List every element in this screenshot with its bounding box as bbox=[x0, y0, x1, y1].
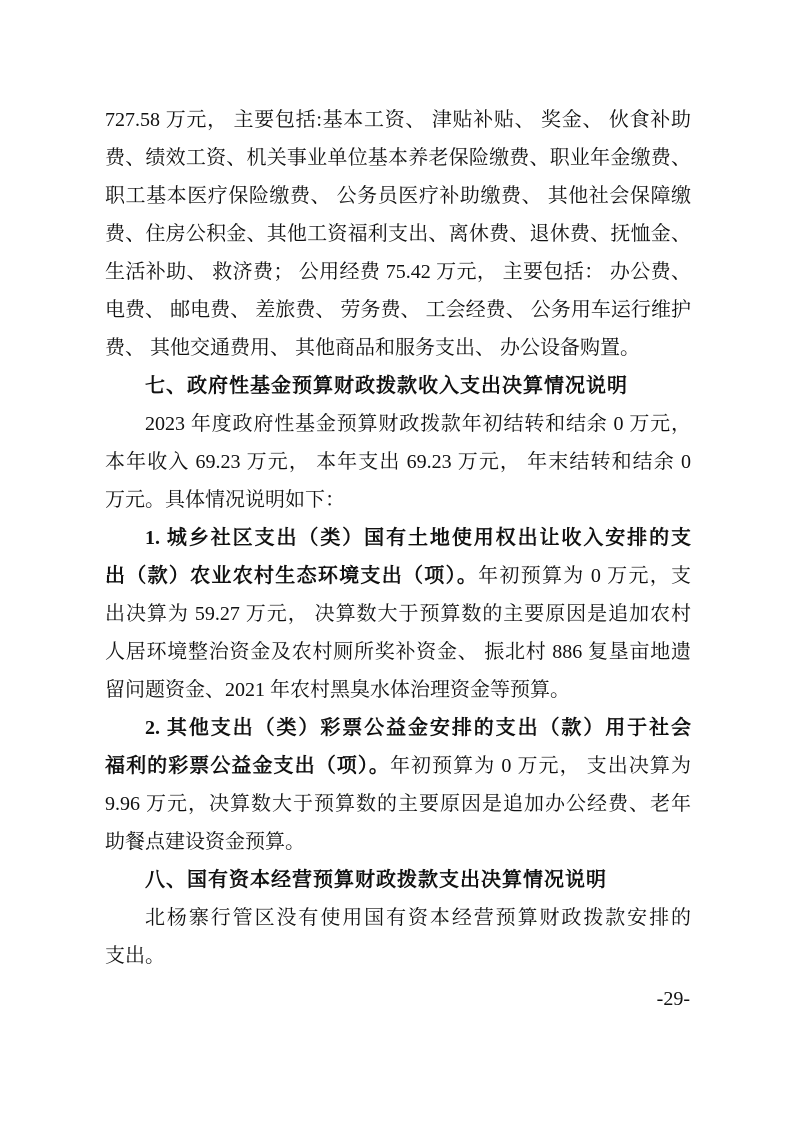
bold-text-segment: 2. 其他支出（类）彩票公益金安排的支出（款）用于社会 bbox=[145, 717, 691, 739]
text-segment: 职工基本医疗保险缴费、 公务员医疗补助缴费、 其他社会保障缴 bbox=[105, 185, 691, 207]
text-segment: 9.96 万元，决算数大于预算数的主要原因是追加办公经费、老年 bbox=[105, 793, 691, 815]
text-segment: 年初预算为 0 万元，支 bbox=[478, 565, 691, 587]
text-segment: 费、 其他交通费用、 其他商品和服务支出、 办公设备购置。 bbox=[105, 337, 640, 359]
text-line: 费、 其他交通费用、 其他商品和服务支出、 办公设备购置。 bbox=[105, 329, 691, 367]
text-line: 费、绩效工资、机关事业单位基本养老保险缴费、职业年金缴费、 bbox=[105, 139, 691, 177]
text-line: 出（款）农业农村生态环境支出（项）。年初预算为 0 万元，支 bbox=[105, 557, 691, 595]
text-line: 2. 其他支出（类）彩票公益金安排的支出（款）用于社会 bbox=[105, 709, 691, 747]
paragraph-item-1: 1. 城乡社区支出（类）国有土地使用权出让收入安排的支出（款）农业农村生态环境支… bbox=[105, 519, 691, 709]
bold-text-segment: 出（款）农业农村生态环境支出（项）。 bbox=[105, 565, 478, 587]
text-segment: 人居环境整治资金及农村厕所奖补资金、 振北村 886 复垦亩地遗 bbox=[105, 641, 691, 663]
text-segment: 费、绩效工资、机关事业单位基本养老保险缴费、职业年金缴费、 bbox=[105, 147, 691, 169]
text-segment: 支出。 bbox=[105, 945, 165, 967]
text-line: 职工基本医疗保险缴费、 公务员医疗补助缴费、 其他社会保障缴 bbox=[105, 177, 691, 215]
text-line: 727.58 万元， 主要包括:基本工资、 津贴补贴、 奖金、 伙食补助 bbox=[105, 101, 691, 139]
text-line: 支出。 bbox=[105, 937, 691, 975]
text-line: 出决算为 59.27 万元， 决算数大于预算数的主要原因是追加农村 bbox=[105, 595, 691, 633]
text-line: 留问题资金、2021 年农村黑臭水体治理资金等预算。 bbox=[105, 671, 691, 709]
text-line: 七、政府性基金预算财政拨款收入支出决算情况说明 bbox=[105, 367, 691, 405]
text-line: 万元。具体情况说明如下： bbox=[105, 481, 691, 519]
text-line: 八、国有资本经营预算财政拨款支出决算情况说明 bbox=[105, 861, 691, 899]
paragraph-state-capital: 北杨寨行管区没有使用国有资本经营预算财政拨款安排的支出。 bbox=[105, 899, 691, 975]
text-line: 9.96 万元，决算数大于预算数的主要原因是追加办公经费、老年 bbox=[105, 785, 691, 823]
bold-text-segment: 八、国有资本经营预算财政拨款支出决算情况说明 bbox=[145, 869, 607, 891]
text-segment: 本年收入 69.23 万元， 本年支出 69.23 万元， 年末结转和结余 0 bbox=[105, 451, 691, 473]
text-line: 北杨寨行管区没有使用国有资本经营预算财政拨款安排的 bbox=[105, 899, 691, 937]
text-line: 助餐点建设资金预算。 bbox=[105, 823, 691, 861]
bold-text-segment: 七、政府性基金预算财政拨款收入支出决算情况说明 bbox=[145, 375, 628, 397]
bold-text-segment: 1. 城乡社区支出（类）国有土地使用权出让收入安排的支 bbox=[145, 527, 691, 549]
paragraph-personnel-public-funds: 727.58 万元， 主要包括:基本工资、 津贴补贴、 奖金、 伙食补助费、绩效… bbox=[105, 101, 691, 367]
text-line: 福利的彩票公益金支出（项）。年初预算为 0 万元， 支出决算为 bbox=[105, 747, 691, 785]
text-segment: 费、住房公积金、其他工资福利支出、离休费、退休费、抚恤金、 bbox=[105, 223, 691, 245]
page-number: -29- bbox=[657, 986, 690, 1012]
text-segment: 留问题资金、2021 年农村黑臭水体治理资金等预算。 bbox=[105, 679, 570, 701]
text-line: 本年收入 69.23 万元， 本年支出 69.23 万元， 年末结转和结余 0 bbox=[105, 443, 691, 481]
document-body: 727.58 万元， 主要包括:基本工资、 津贴补贴、 奖金、 伙食补助费、绩效… bbox=[105, 101, 691, 975]
text-line: 生活补助、 救济费； 公用经费 75.42 万元， 主要包括： 办公费、 bbox=[105, 253, 691, 291]
text-line: 人居环境整治资金及农村厕所奖补资金、 振北村 886 复垦亩地遗 bbox=[105, 633, 691, 671]
paragraph-gov-fund-summary: 2023 年度政府性基金预算财政拨款年初结转和结余 0 万元，本年收入 69.2… bbox=[105, 405, 691, 519]
text-segment: 电费、 邮电费、 差旅费、 劳务费、 工会经费、 公务用车运行维护 bbox=[105, 299, 691, 321]
text-line: 电费、 邮电费、 差旅费、 劳务费、 工会经费、 公务用车运行维护 bbox=[105, 291, 691, 329]
text-segment: 2023 年度政府性基金预算财政拨款年初结转和结余 0 万元， bbox=[145, 413, 691, 435]
text-line: 费、住房公积金、其他工资福利支出、离休费、退休费、抚恤金、 bbox=[105, 215, 691, 253]
bold-text-segment: 福利的彩票公益金支出（项）。 bbox=[105, 755, 390, 777]
section-heading-seven: 七、政府性基金预算财政拨款收入支出决算情况说明 bbox=[105, 367, 691, 405]
text-line: 1. 城乡社区支出（类）国有土地使用权出让收入安排的支 bbox=[105, 519, 691, 557]
text-segment: 出决算为 59.27 万元， 决算数大于预算数的主要原因是追加农村 bbox=[105, 603, 691, 625]
document-page: 727.58 万元， 主要包括:基本工资、 津贴补贴、 奖金、 伙食补助费、绩效… bbox=[0, 0, 793, 1122]
paragraph-item-2: 2. 其他支出（类）彩票公益金安排的支出（款）用于社会福利的彩票公益金支出（项）… bbox=[105, 709, 691, 861]
text-segment: 生活补助、 救济费； 公用经费 75.42 万元， 主要包括： 办公费、 bbox=[105, 261, 691, 283]
text-segment: 助餐点建设资金预算。 bbox=[105, 831, 305, 853]
text-segment: 北杨寨行管区没有使用国有资本经营预算财政拨款安排的 bbox=[145, 907, 691, 929]
text-line: 2023 年度政府性基金预算财政拨款年初结转和结余 0 万元， bbox=[105, 405, 691, 443]
section-heading-eight: 八、国有资本经营预算财政拨款支出决算情况说明 bbox=[105, 861, 691, 899]
text-segment: 年初预算为 0 万元， 支出决算为 bbox=[390, 755, 691, 777]
text-segment: 万元。具体情况说明如下： bbox=[105, 489, 345, 511]
text-segment: 727.58 万元， 主要包括:基本工资、 津贴补贴、 奖金、 伙食补助 bbox=[105, 109, 691, 131]
